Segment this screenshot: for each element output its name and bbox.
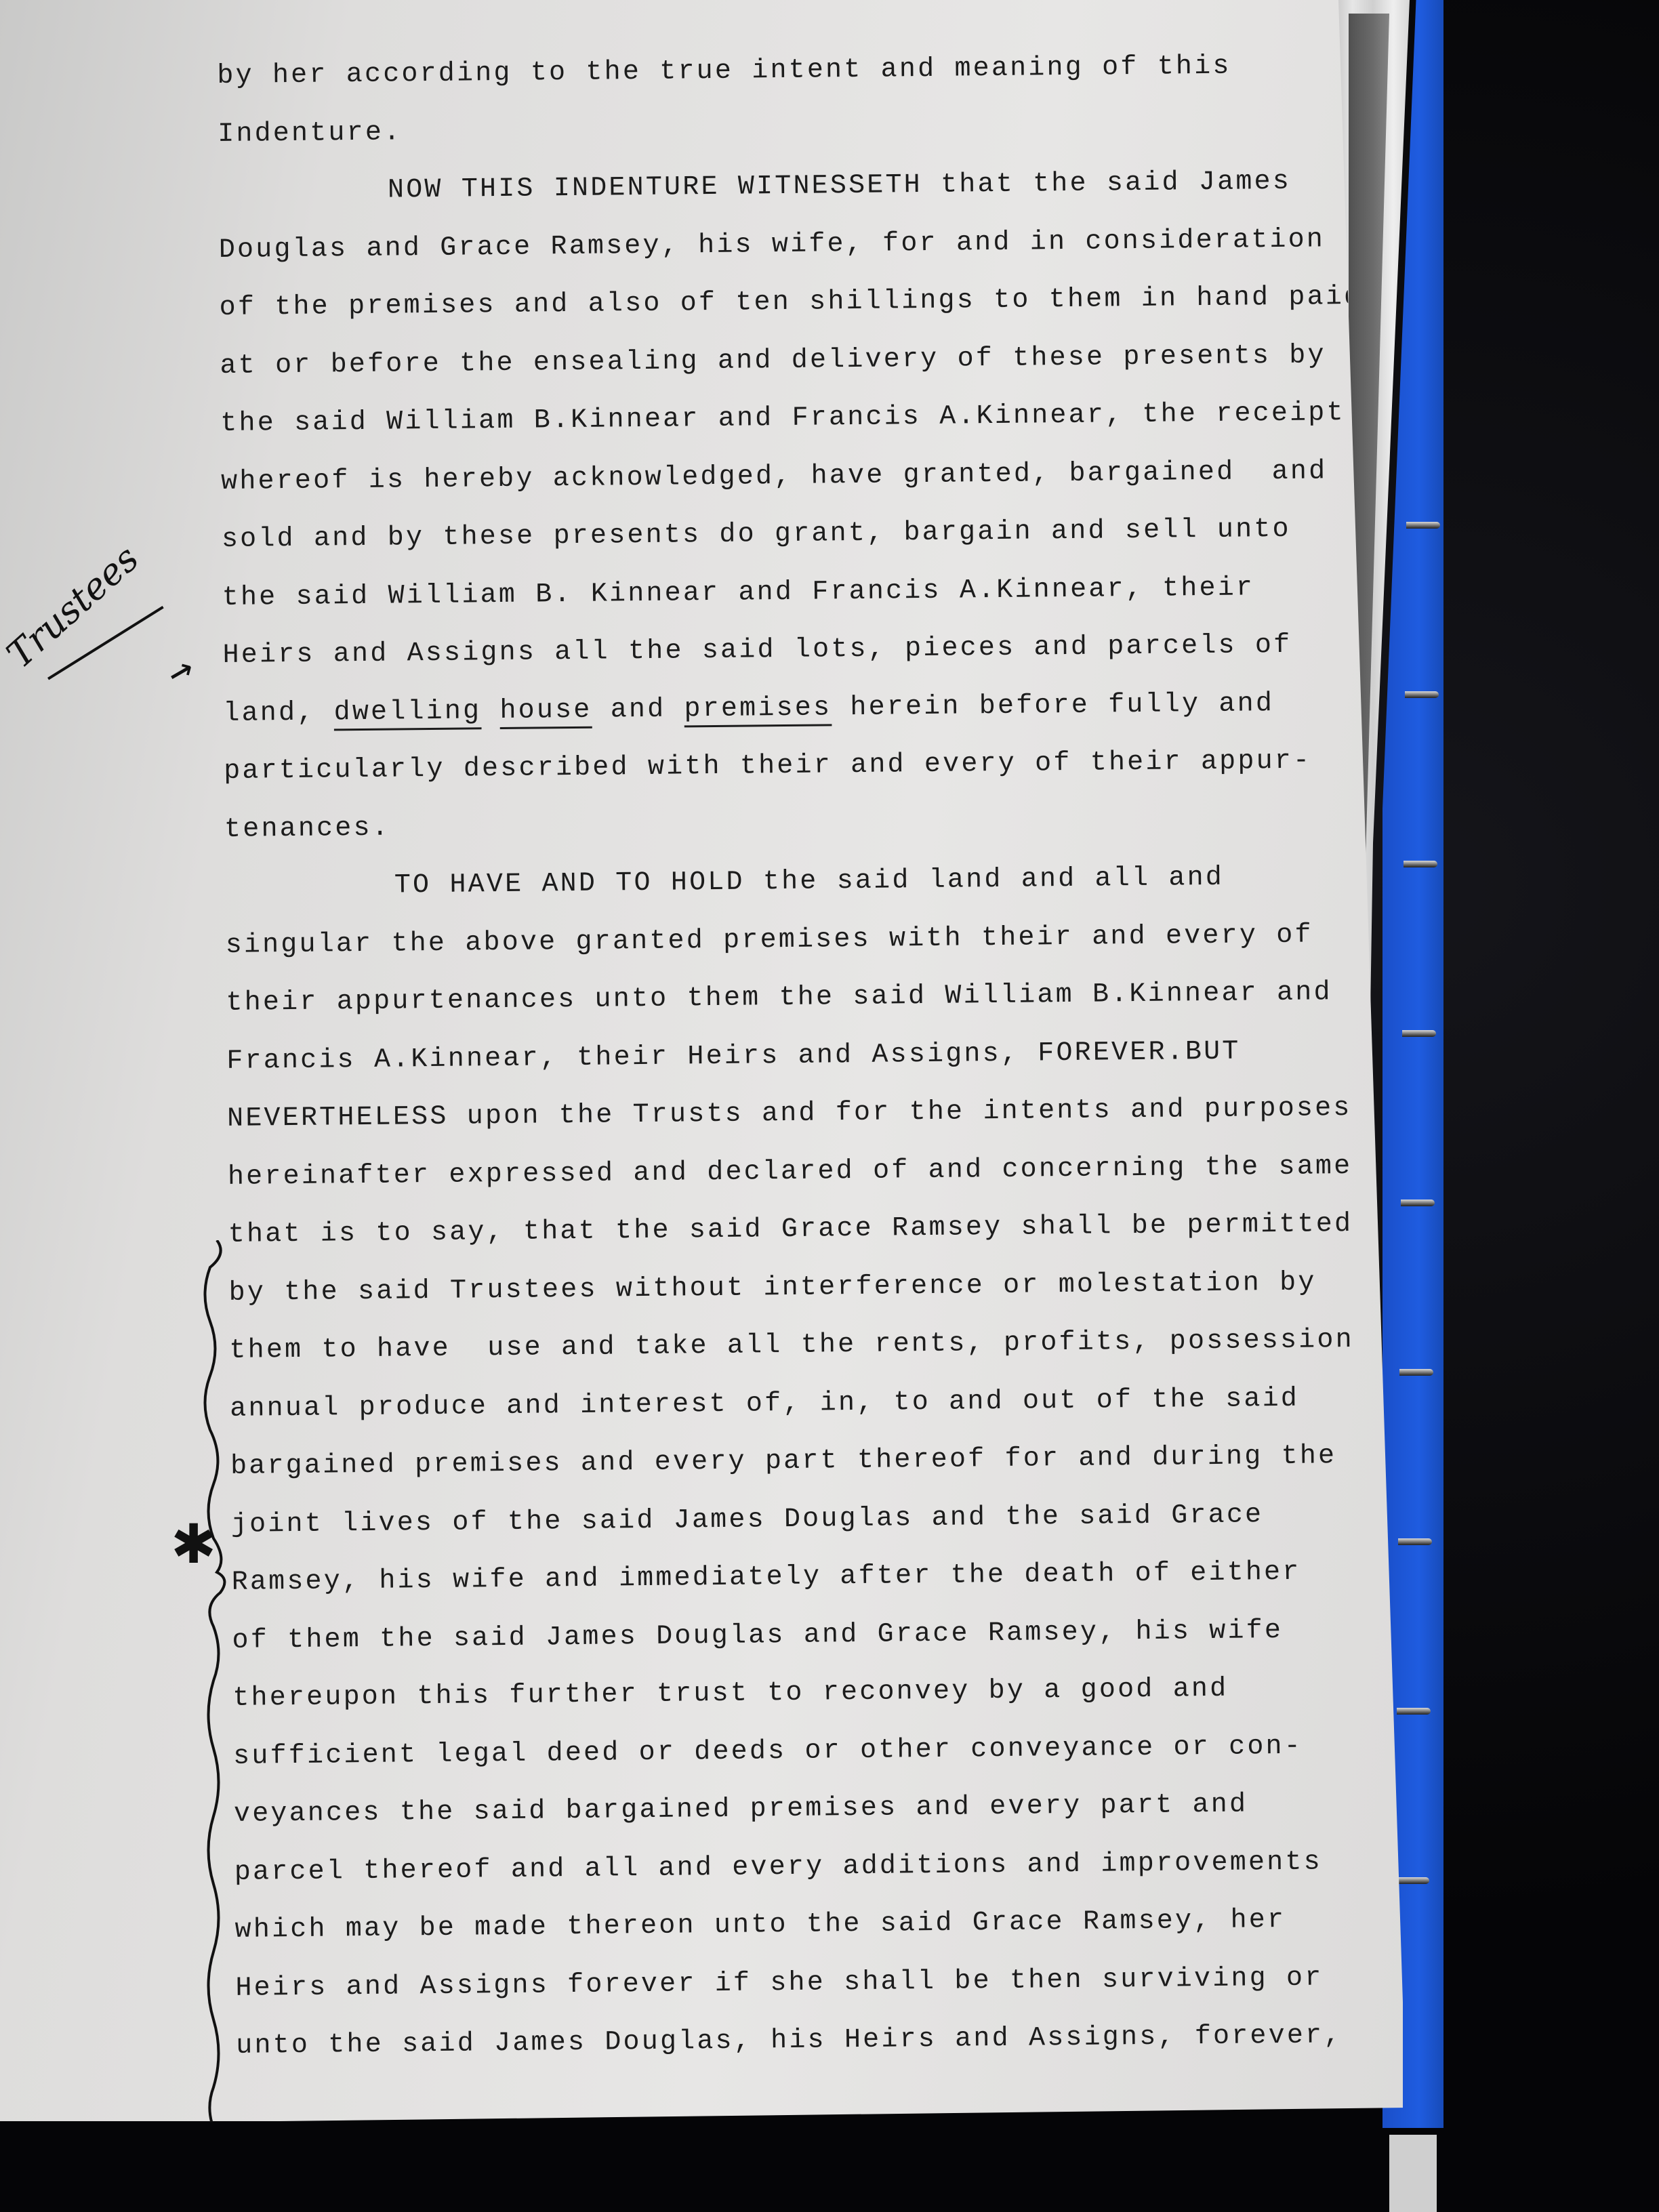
- binder-ring-icon: [1401, 1200, 1435, 1206]
- binder-ring-icon: [1405, 691, 1439, 698]
- text-line: NOW THIS INDENTURE WITNESSETH that the s…: [218, 152, 1371, 222]
- text-line: singular the above granted premises with…: [225, 905, 1378, 975]
- underlined-word: premises: [684, 693, 832, 724]
- text-line: unto the said James Douglas, his Heirs a…: [236, 2007, 1389, 2076]
- text-line: sold and by these presents do grant, bar…: [222, 500, 1374, 569]
- text-line: the said William B. Kinnear and Francis …: [222, 558, 1374, 627]
- text-line: by her according to the true intent and …: [217, 37, 1370, 106]
- text-line: at or before the ensealing and delivery …: [220, 326, 1372, 395]
- typed-text-body: by her according to the true intent and …: [217, 37, 1389, 2076]
- text-line: Indenture.: [218, 94, 1370, 163]
- text-line: annual produce and interest of, in, to a…: [230, 1369, 1382, 1438]
- binder-ring-icon: [1395, 1877, 1429, 1884]
- text-line: veyances the said bargained premises and…: [234, 1775, 1387, 1844]
- binder-ring-icon: [1398, 1538, 1432, 1545]
- binder-ring-icon: [1402, 1030, 1436, 1037]
- text-line: land, dwelling house and premises herein…: [223, 674, 1376, 743]
- underlined-word: dwelling: [333, 696, 481, 728]
- binder-ring-icon: [1406, 522, 1440, 529]
- underlined-word: house: [499, 695, 592, 726]
- text-line: joint lives of the said James Douglas an…: [231, 1485, 1384, 1554]
- text-line: parcel thereof and all and every additio…: [234, 1832, 1387, 1902]
- text-line: Heirs and Assigns forever if she shall b…: [235, 1948, 1388, 2018]
- document-page: by her according to the true intent and …: [0, 0, 1403, 2121]
- text-line: hereinafter expressed and declared of an…: [228, 1137, 1380, 1206]
- text-line: sufficient legal deed or deeds or other …: [233, 1717, 1386, 1786]
- text-line: NEVERTHELESS upon the Trusts and for the…: [227, 1080, 1380, 1149]
- text-line: which may be made thereon unto the said …: [234, 1891, 1387, 1960]
- text-line: Francis A.Kinnear, their Heirs and Assig…: [226, 1021, 1379, 1090]
- binder-ring-icon: [1397, 1708, 1431, 1715]
- text-line: Ramsey, his wife and immediately after t…: [231, 1543, 1384, 1612]
- handwritten-bracket: [197, 1240, 237, 2142]
- text-line: tenances.: [224, 790, 1377, 859]
- text-line: by the said Trustees without interferenc…: [228, 1253, 1381, 1322]
- text-line: them to have use and take all the rents,…: [229, 1311, 1382, 1380]
- text-line: Douglas and Grace Ramsey, his wife, for …: [218, 210, 1371, 279]
- text-line: of them the said James Douglas and Grace…: [232, 1601, 1385, 1670]
- text-line: their appurtenances unto them the said W…: [226, 964, 1378, 1033]
- text-line: particularly described with their and ev…: [224, 732, 1376, 801]
- arrow-icon: ↗: [163, 642, 200, 697]
- text-line: thereupon this further trust to reconvey…: [232, 1659, 1385, 1728]
- text-line: TO HAVE AND TO HOLD the said land and al…: [224, 848, 1377, 917]
- binder-ring-icon: [1399, 1369, 1433, 1376]
- handwritten-margin-note: Trustees: [0, 537, 147, 676]
- binder-ring-icon: [1404, 861, 1437, 867]
- asterisk-icon: ✱: [171, 1513, 216, 1576]
- text-line: that is to say, that the said Grace Rams…: [228, 1195, 1380, 1265]
- text-line: of the premises and also of ten shilling…: [219, 268, 1372, 337]
- text-line: whereof is hereby acknowledged, have gra…: [221, 442, 1374, 511]
- page-tab: [1389, 2135, 1437, 2212]
- text-line: bargained premises and every part thereo…: [230, 1427, 1383, 1496]
- text-line: Heirs and Assigns all the said lots, pie…: [222, 616, 1375, 685]
- text-line: the said William B.Kinnear and Francis A…: [220, 384, 1373, 453]
